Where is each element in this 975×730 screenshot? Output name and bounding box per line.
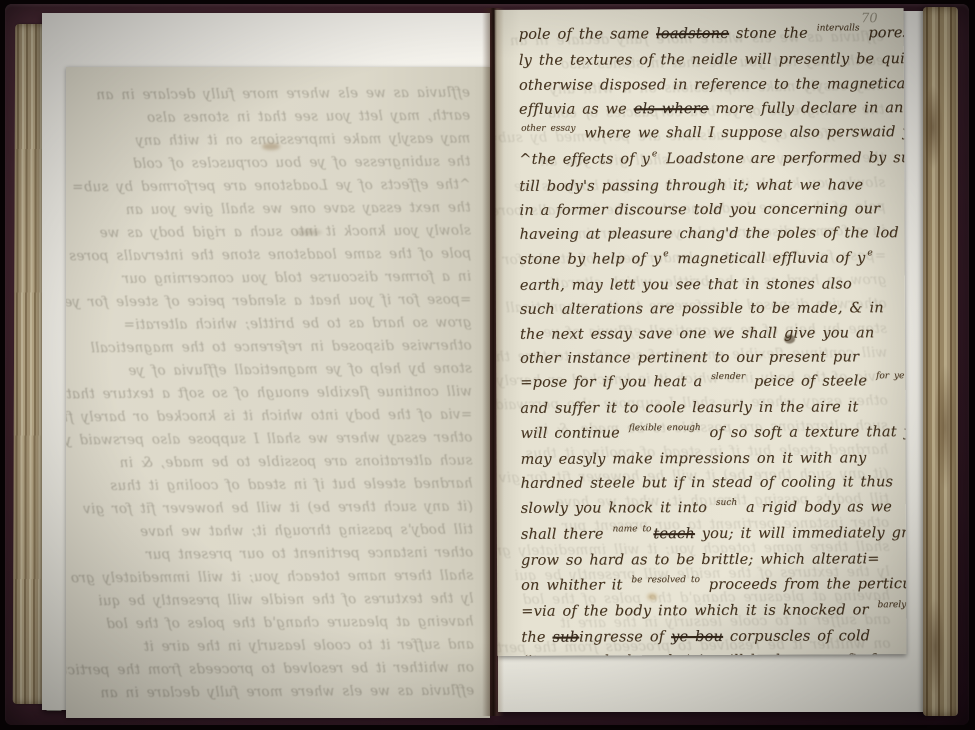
manuscript-photo: effluvia as we els where more fully decl… xyxy=(0,0,975,730)
photo-vignette xyxy=(5,4,969,725)
